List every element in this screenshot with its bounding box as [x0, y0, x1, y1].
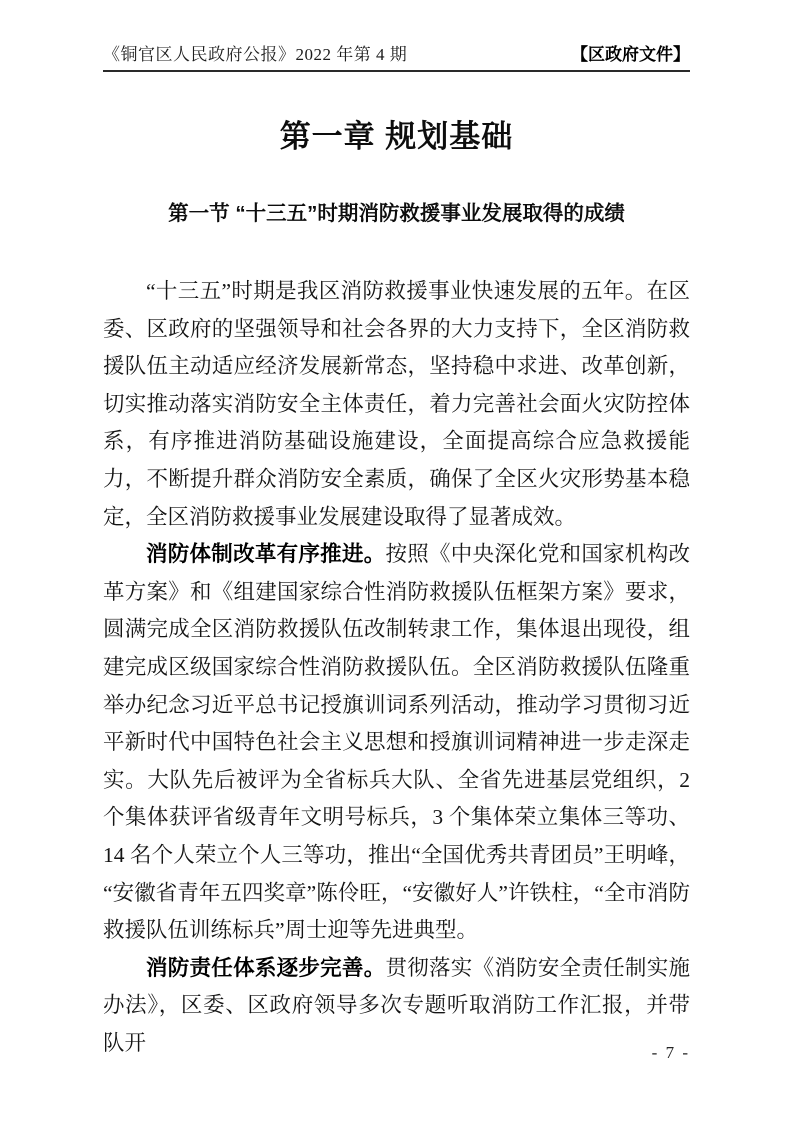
page-header: 《铜官区人民政府公报》2022 年第 4 期 【区政府文件】 [103, 0, 690, 72]
section-title: 第一节 “十三五”时期消防救援事业发展取得的成绩 [103, 201, 690, 227]
paragraph: 消防体制改革有序推进。按照《中央深化党和国家机构改革方案》和《组建国家综合性消防… [103, 536, 690, 950]
chapter-title: 第一章 规划基础 [103, 118, 690, 156]
document-page: 《铜官区人民政府公报》2022 年第 4 期 【区政府文件】 第一章 规划基础 … [0, 0, 794, 1122]
header-section-tag: 【区政府文件】 [571, 40, 690, 65]
paragraph: “十三五”时期是我区消防救援事业快速发展的五年。在区委、区政府的坚强领导和社会各… [103, 273, 690, 536]
header-journal-title: 《铜官区人民政府公报》2022 年第 4 期 [103, 40, 407, 65]
page-footer: - 7 - [103, 1043, 690, 1063]
document-body: “十三五”时期是我区消防救援事业快速发展的五年。在区委、区政府的坚强领导和社会各… [103, 273, 690, 1062]
page-number: - 7 - [652, 1043, 690, 1062]
paragraph-lead: 消防体制改革有序推进。 [146, 542, 385, 566]
paragraph-lead: 消防责任体系逐步完善。 [146, 956, 385, 980]
content-area: 《铜官区人民政府公报》2022 年第 4 期 【区政府文件】 第一章 规划基础 … [103, 0, 690, 1062]
